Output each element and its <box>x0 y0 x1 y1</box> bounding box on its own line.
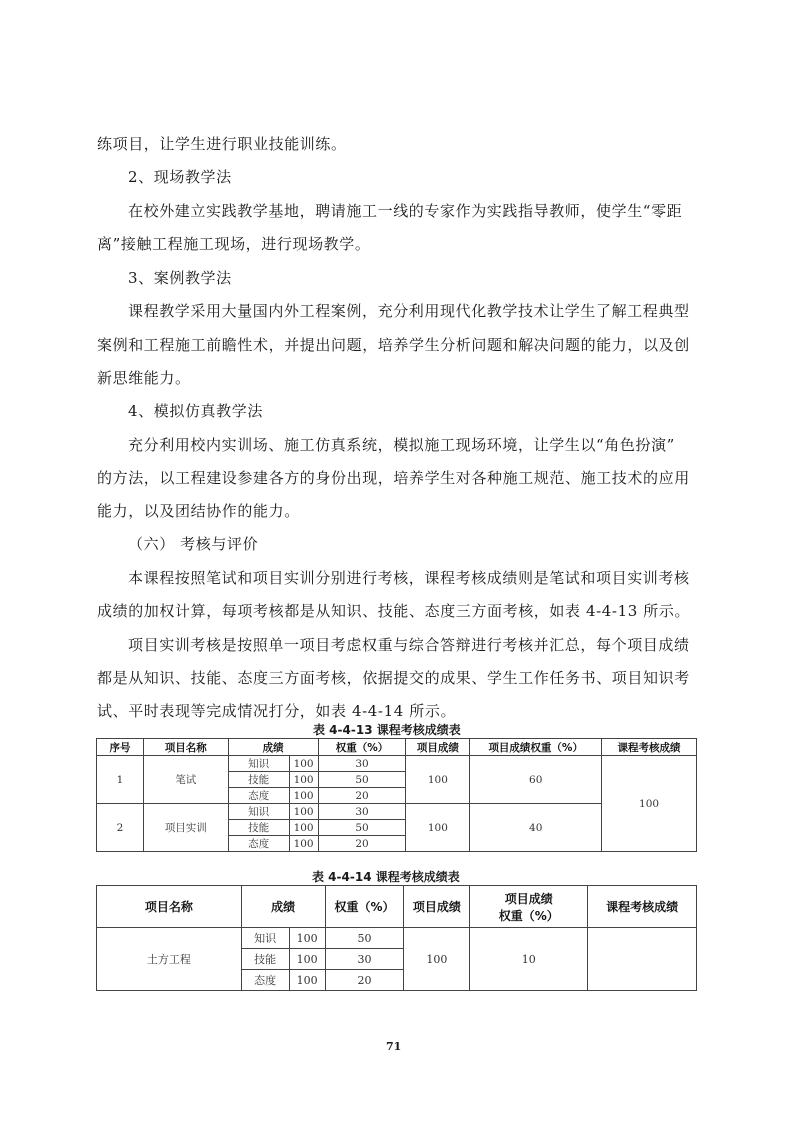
paragraph-line: 都是从知识、技能、态度三方面考核，依据提交的成果、学生工作任务书、项目知识考 <box>97 667 690 688</box>
cell-weight: 50 <box>318 820 406 836</box>
paragraph-line: 充分利用校内实训场、施工仿真系统，模拟施工现场环境，让学生以“角色扮演” <box>128 434 675 455</box>
cell-project-weight: 60 <box>470 756 602 804</box>
table-caption-4-4-14: 表 4-4-14 课程考核成绩表 <box>312 868 460 885</box>
cell-score: 100 <box>289 756 318 772</box>
cell-no: 1 <box>97 756 144 804</box>
cell-project-score: 100 <box>406 756 470 804</box>
paragraph-line: 新思维能力。 <box>97 367 191 388</box>
paragraph-line: （六） 考核与评价 <box>128 533 258 554</box>
paragraph-line: 2、现场教学法 <box>128 166 232 187</box>
header-project-name: 项目名称 <box>143 739 228 756</box>
paragraph-line: 练项目，让学生进行职业技能训练。 <box>97 133 347 154</box>
cell-weight: 20 <box>325 970 404 991</box>
cell-dimension: 技能 <box>241 949 289 970</box>
paragraph-line: 3、案例教学法 <box>128 267 232 288</box>
header-weight: 权重（%） <box>318 739 406 756</box>
cell-dimension: 态度 <box>228 788 289 804</box>
cell-score: 100 <box>289 928 325 949</box>
cell-weight: 50 <box>318 772 406 788</box>
header-project-weight-line2: 权重（%） <box>470 907 587 924</box>
paragraph-line: 试、平时表现等完成情况打分，如表 4-4-14 所示。 <box>97 700 456 721</box>
header-course-score: 课程考核成绩 <box>588 886 697 928</box>
cell-weight: 50 <box>325 928 404 949</box>
cell-weight: 30 <box>318 804 406 820</box>
cell-course-score: 100 <box>602 756 697 852</box>
cell-score: 100 <box>289 804 318 820</box>
table-header-row: 序号 项目名称 成绩 权重（%） 项目成绩 项目成绩权重（%） 课程考核成绩 <box>97 739 697 756</box>
cell-project-score: 100 <box>404 928 470 991</box>
paragraph-line: 在校外建立实践教学基地，聘请施工一线的专家作为实践指导教师，使学生“零距 <box>128 200 682 221</box>
paragraph-line: 能力，以及团结协作的能力。 <box>97 500 300 521</box>
cell-dimension: 知识 <box>241 928 289 949</box>
cell-project-score: 100 <box>406 804 470 852</box>
header-course-score: 课程考核成绩 <box>602 739 697 756</box>
course-assessment-table-4-4-14: 项目名称 成绩 权重（%） 项目成绩 项目成绩 权重（%） 课程考核成绩 土方工… <box>96 885 697 991</box>
table-caption-4-4-13: 表 4-4-13 课程考核成绩表 <box>313 721 461 738</box>
paragraph-line: 4、模拟仿真教学法 <box>128 400 263 421</box>
cell-score: 100 <box>289 949 325 970</box>
cell-score: 100 <box>289 836 318 852</box>
cell-project-weight: 40 <box>470 804 602 852</box>
paragraph-line: 成绩的加权计算，每项考核都是从知识、技能、态度三方面考核，如表 4-4-13 所… <box>97 600 690 621</box>
paragraph-line: 案例和工程施工前瞻性术，并提出问题，培养学生分析问题和解决问题的能力，以及创 <box>97 334 690 355</box>
paragraph-line: 项目实训考核是按照单一项目考虑权重与综合答辩进行考核并汇总，每个项目成绩 <box>128 634 690 655</box>
table-header-row: 项目名称 成绩 权重（%） 项目成绩 项目成绩 权重（%） 课程考核成绩 <box>97 886 697 928</box>
cell-project-name: 土方工程 <box>97 928 242 991</box>
paragraph-line: 的方法，以工程建设参建各方的身份出现，培养学生对各种施工规范、施工技术的应用 <box>97 467 690 488</box>
cell-project-weight: 10 <box>470 928 588 991</box>
paragraph-line: 本课程按照笔试和项目实训分别进行考核，课程考核成绩则是笔试和项目实训考核 <box>128 567 690 588</box>
header-project-score: 项目成绩 <box>406 739 470 756</box>
header-score: 成绩 <box>241 886 325 928</box>
header-score: 成绩 <box>228 739 318 756</box>
cell-weight: 30 <box>318 756 406 772</box>
header-project-weight-line1: 项目成绩 <box>470 890 587 907</box>
cell-score: 100 <box>289 970 325 991</box>
cell-dimension: 知识 <box>228 756 289 772</box>
cell-weight: 30 <box>325 949 404 970</box>
course-assessment-table-4-4-13: 序号 项目名称 成绩 权重（%） 项目成绩 项目成绩权重（%） 课程考核成绩 1… <box>96 738 697 852</box>
header-project-weight: 项目成绩权重（%） <box>470 739 602 756</box>
cell-no: 2 <box>97 804 144 852</box>
header-project-name: 项目名称 <box>97 886 242 928</box>
header-weight: 权重（%） <box>325 886 404 928</box>
cell-score: 100 <box>289 820 318 836</box>
cell-dimension: 态度 <box>228 836 289 852</box>
cell-dimension: 技能 <box>228 820 289 836</box>
cell-dimension: 态度 <box>241 970 289 991</box>
page-number: 71 <box>386 1040 401 1053</box>
cell-score: 100 <box>289 772 318 788</box>
cell-project-name: 笔试 <box>143 756 228 804</box>
table-row: 土方工程 知识 100 50 100 10 <box>97 928 697 949</box>
cell-weight: 20 <box>318 788 406 804</box>
cell-dimension: 知识 <box>228 804 289 820</box>
cell-score: 100 <box>289 788 318 804</box>
cell-course-score <box>588 928 697 991</box>
header-project-weight: 项目成绩 权重（%） <box>470 886 588 928</box>
cell-weight: 20 <box>318 836 406 852</box>
cell-project-name: 项目实训 <box>143 804 228 852</box>
cell-dimension: 技能 <box>228 772 289 788</box>
table-row: 1 笔试 知识 100 30 100 60 100 <box>97 756 697 772</box>
paragraph-line: 课程教学采用大量国内外工程案例，充分利用现代化教学技术让学生了解工程典型 <box>128 300 690 321</box>
paragraph-line: 离”接触工程施工现场，进行现场教学。 <box>97 233 370 254</box>
header-no: 序号 <box>97 739 144 756</box>
header-project-score: 项目成绩 <box>404 886 470 928</box>
